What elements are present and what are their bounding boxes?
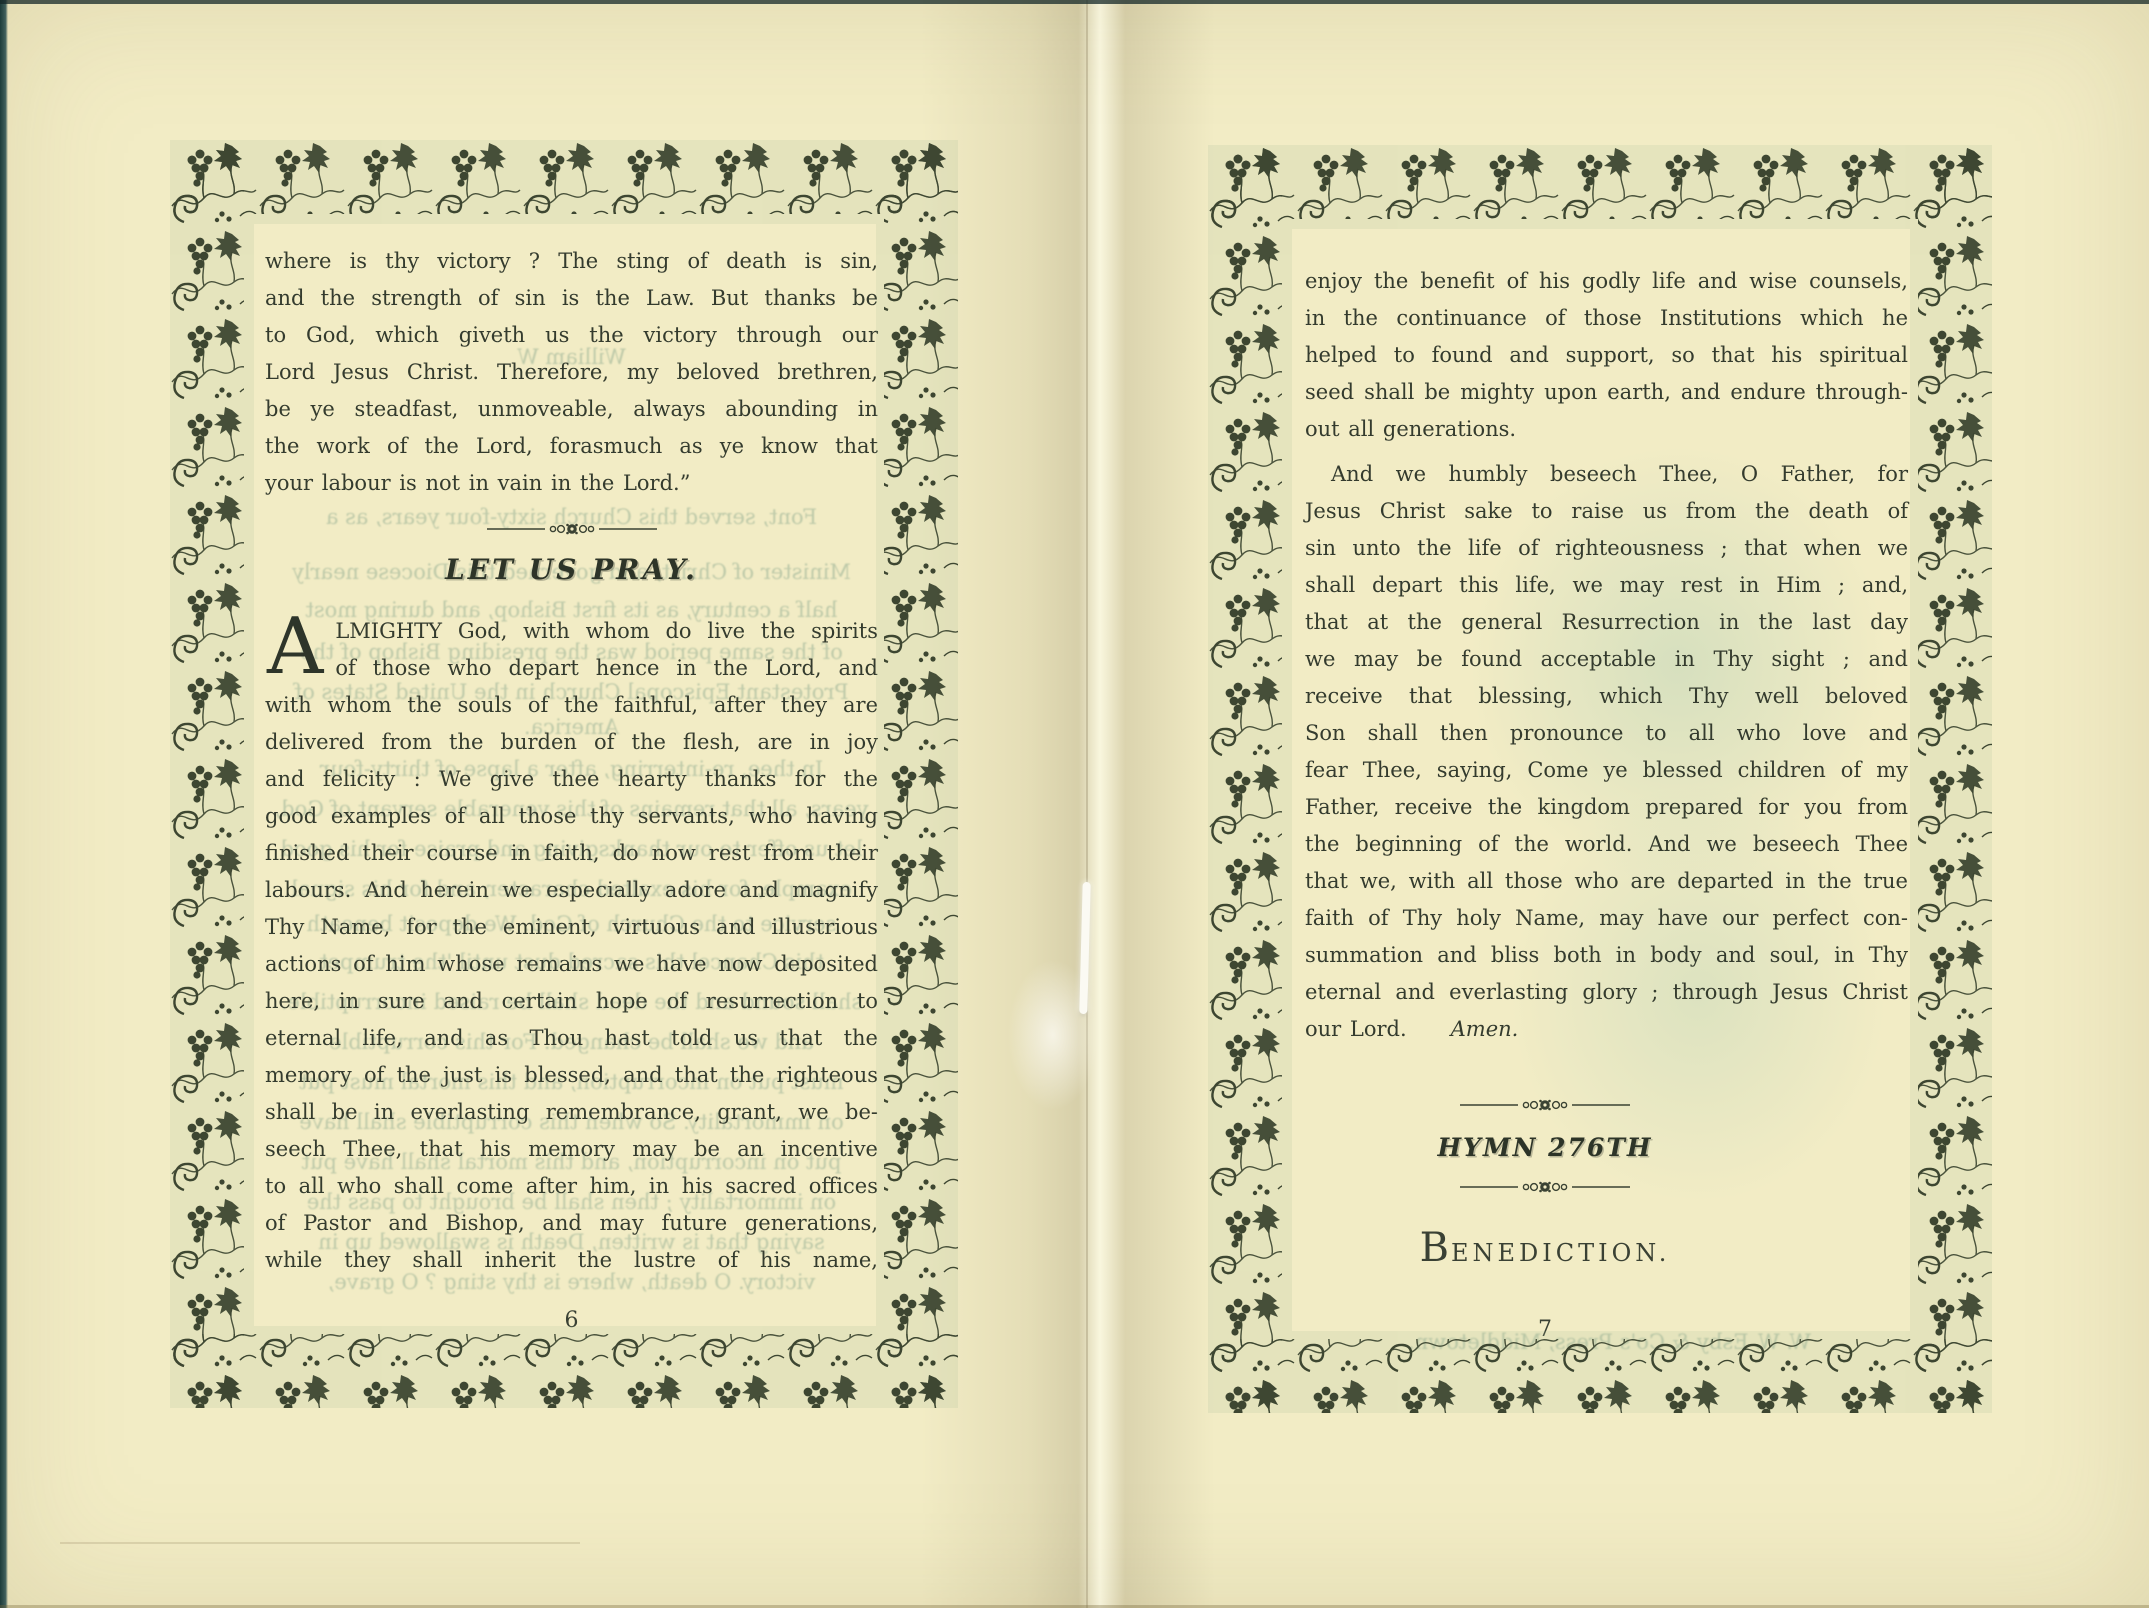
amen-text: Amen.	[1451, 1011, 1519, 1048]
text-line: fear Thee, saying, Come ye blessed child…	[1305, 752, 1908, 789]
text-block-left: where is thy victory ? The sting of deat…	[265, 243, 878, 1279]
closing-line: our Lord. Amen.	[1305, 1011, 1908, 1048]
text-line: Father, receive the kingdom prepared for…	[1305, 789, 1908, 826]
text-line: finished their course in faith, do now r…	[265, 835, 878, 872]
text-line: to all who shall come after him, in his …	[265, 1168, 878, 1205]
text-line: of those who depart hence in the Lord, a…	[265, 650, 878, 687]
text-line: receive that blessing, which Thy well be…	[1305, 678, 1908, 715]
text-line: seech Thee, that his memory may be an in…	[265, 1131, 878, 1168]
scan-edge-left	[0, 0, 8, 1608]
text-line: sin unto the life of righteousness ; tha…	[1305, 530, 1908, 567]
text-line: to God, which giveth us the victory thro…	[265, 317, 878, 354]
text-line: shall depart this life, we may rest in H…	[1305, 567, 1908, 604]
text-line: of Pastor and Bishop, and may future gen…	[265, 1205, 878, 1242]
text-line: good examples of all those thy servants,…	[265, 798, 878, 835]
page-number-6: 6	[265, 1308, 878, 1333]
scan-edge-top	[0, 0, 2149, 4]
text-line: And we humbly beseech Thee, O Father, fo…	[1305, 456, 1908, 493]
paragraph-continued: where is thy victory ? The sting of deat…	[265, 243, 878, 502]
page-right: W. W. Esby & Co's Press, Middletown. enj…	[1208, 145, 1992, 1413]
text-line: and felicity : We give thee hearty thank…	[265, 761, 878, 798]
text-line: labours. And herein we especially adore …	[265, 872, 878, 909]
benediction-rest: ENEDICTION.	[1451, 1239, 1670, 1267]
text-line: helped to found and support, so that his…	[1305, 337, 1908, 374]
let-us-pray-heading: LET US PRAY.	[265, 553, 878, 586]
text-line: shall be in everlasting remembrance, gra…	[265, 1094, 878, 1131]
text-line: be ye steadfast, unmoveable, always abou…	[265, 391, 878, 428]
text-line: eternal life, and as Thou hast told us t…	[265, 1020, 878, 1057]
page-left: William WFont, served this Church sixty-…	[170, 140, 958, 1408]
text-line: faith of Thy holy Name, may have our per…	[1305, 900, 1908, 937]
benediction-initial: B	[1420, 1225, 1451, 1271]
divider-ornament	[1460, 1175, 1630, 1199]
page-number-7: 7	[1325, 1317, 1765, 1342]
text-line: with whom the souls of the faithful, aft…	[265, 687, 878, 724]
text-line: summation and bliss both in body and sou…	[1305, 937, 1908, 974]
text-line: Lord Jesus Christ. Therefore, my beloved…	[265, 354, 878, 391]
text-line: the beginning of the world. And we besee…	[1305, 826, 1908, 863]
text-line: where is thy victory ? The sting of deat…	[265, 243, 878, 280]
text-line: the work of the Lord, forasmuch as ye kn…	[265, 428, 878, 465]
text-line: Jesus Christ sake to raise us from the d…	[1305, 493, 1908, 530]
paper-fold-line	[60, 1542, 580, 1544]
text-line: actions of him whose remains we have now…	[265, 946, 878, 983]
text-line: Son shall then pronounce to all who love…	[1305, 715, 1908, 752]
text-line: Thy Name, for the eminent, virtuous and …	[265, 909, 878, 946]
divider-ornament	[487, 517, 657, 541]
closing-text: our Lord.	[1305, 1011, 1407, 1048]
text-line: delivered from the burden of the flesh, …	[265, 724, 878, 761]
text-line: we may be found acceptable in Thy sight …	[1305, 641, 1908, 678]
prayer-paragraph: A LMIGHTY God, with whom do live the spi…	[265, 613, 878, 1279]
text-line: your labour is not in vain in the Lord.”	[265, 465, 878, 502]
paragraph-counsels: enjoy the benefit of his godly life and …	[1305, 263, 1908, 448]
text-line: eternal and everlasting glory ; through …	[1305, 974, 1908, 1011]
text-line: that at the general Resurrection in the …	[1305, 604, 1908, 641]
benediction-heading: BENEDICTION.	[1325, 1225, 1765, 1271]
scanned-booklet-spread: William WFont, served this Church sixty-…	[0, 0, 2149, 1608]
text-line: here, in sure and certain hope of resurr…	[265, 983, 878, 1020]
fold-crease	[1086, 0, 1088, 1608]
paragraph-beseech: And we humbly beseech Thee, O Father, fo…	[1305, 456, 1908, 1011]
text-line: seed shall be mighty upon earth, and end…	[1305, 374, 1908, 411]
text-line: that we, with all those who are departed…	[1305, 863, 1908, 900]
divider-ornament	[1460, 1093, 1630, 1117]
dropcap-initial: A	[265, 613, 335, 687]
text-line: and the strength of sin is the Law. But …	[265, 280, 878, 317]
page-tail-ornaments: HYMN 276TH	[1325, 1093, 1765, 1342]
text-line: out all generations.	[1305, 411, 1908, 448]
text-line: LMIGHTY God, with whom do live the spiri…	[265, 613, 878, 650]
text-line: memory of the just is blessed, and that …	[265, 1057, 878, 1094]
text-line: while they shall inherit the lustre of h…	[265, 1242, 878, 1279]
hymn-heading: HYMN 276TH	[1325, 1133, 1765, 1162]
text-block-right: enjoy the benefit of his godly life and …	[1305, 263, 1908, 1048]
text-line: in the continuance of those Institutions…	[1305, 300, 1908, 337]
text-line: enjoy the benefit of his godly life and …	[1305, 263, 1908, 300]
